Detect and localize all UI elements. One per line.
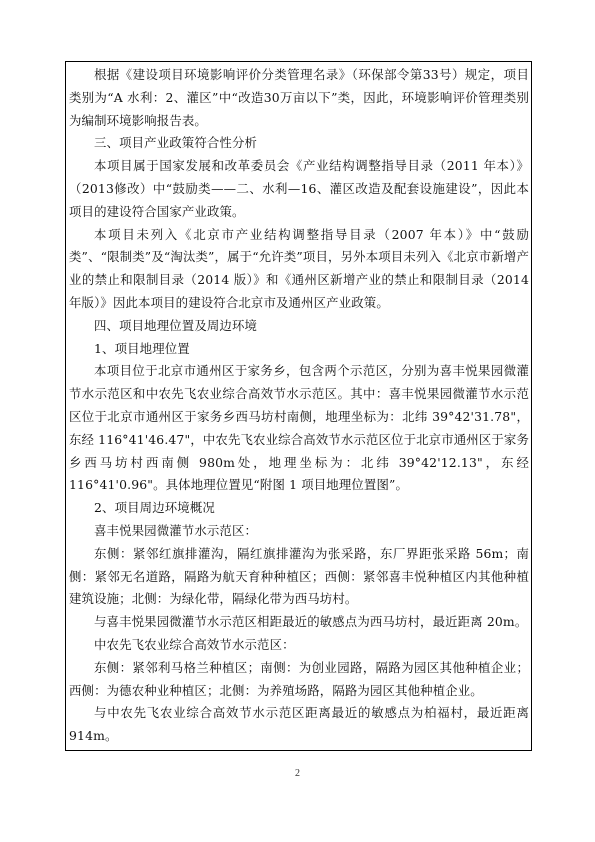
section-heading-location-environment: 四、项目地理位置及周边环境 <box>69 315 529 338</box>
paragraph-zone1-sensitive-point: 与喜丰悦果园微灌节水示范区相距最近的敏感点为西马坊村，最近距离 20m。 <box>69 611 529 634</box>
paragraph-classification: 根据《建设项目环境影响评价分类管理名录》（环保部令第33号）规定，项目类别为“A… <box>69 64 529 132</box>
paragraph-zone1-surroundings: 东侧：紧邻红旗排灌沟，隔红旗排灌沟为张采路，东厂界距张采路 56m；南侧：紧邻无… <box>69 543 529 611</box>
subheading-surroundings: 2、项目周边环境概况 <box>69 497 529 520</box>
document-body: 根据《建设项目环境影响评价分类管理名录》（环保部令第33号）规定，项目类别为“A… <box>69 64 529 748</box>
zone2-title: 中农先飞农业综合高效节水示范区： <box>69 634 529 657</box>
paragraph-location: 本项目位于北京市通州区于家务乡，包含两个示范区，分别为喜丰悦果园微灌节水示范区和… <box>69 360 529 497</box>
paragraph-zone2-surroundings: 东侧：紧邻利马格兰种植区；南侧：为创业园路，隔路为园区其他种植企业；西侧：为德农… <box>69 657 529 703</box>
section-heading-industrial-policy: 三、项目产业政策符合性分析 <box>69 132 529 155</box>
paragraph-zone2-sensitive-point: 与中农先飞农业综合高效节水示范区距离最近的敏感点为柏福村，最近距离 914m。 <box>69 702 529 748</box>
paragraph-beijing-policy: 本项目未列入《北京市产业结构调整指导目录（2007 年本）》中“鼓励类”、“限制… <box>69 224 529 315</box>
subheading-geographic-location: 1、项目地理位置 <box>69 338 529 361</box>
paragraph-national-policy: 本项目属于国家发展和改革委员会《产业结构调整指导目录（2011 年本）》（201… <box>69 155 529 223</box>
content-frame: 根据《建设项目环境影响评价分类管理名录》（环保部令第33号）规定，项目类别为“A… <box>65 61 532 751</box>
page-number: 2 <box>0 768 595 779</box>
zone1-title: 喜丰悦果园微灌节水示范区： <box>69 520 529 543</box>
